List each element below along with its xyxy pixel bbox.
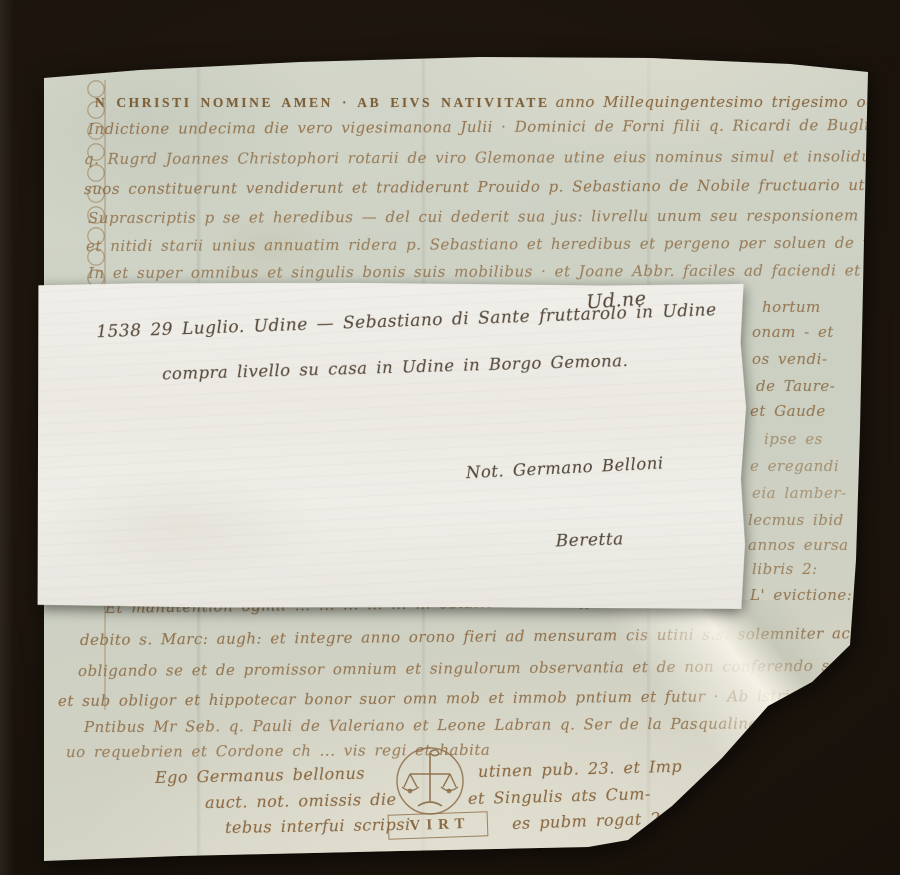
margin-fragment: de Taure- <box>756 377 835 395</box>
margin-fragment: L' evictione: <box>750 586 852 604</box>
notary-subscription: auct. not. omissis die <box>205 790 397 812</box>
heading-caps: N CHRISTI NOMINE AMEN · AB EIVS NATIVITA… <box>95 95 550 110</box>
manuscript-heading: N CHRISTI NOMINE AMEN · AB EIVS NATIVITA… <box>95 92 900 111</box>
margin-fragment: hortum <box>762 298 821 316</box>
slip-signature: Beretta <box>555 529 624 551</box>
margin-fragment: et Gaude <box>750 402 826 420</box>
slip-summary-line: compra livello su casa in Udine in Borgo… <box>162 351 629 383</box>
manuscript-line: Pntibus Mr Seb. q. Pauli de Valeriano et… <box>84 714 900 736</box>
archivist-slip: Ud.ne 1538 29 Luglio. Udine — Sebastiano… <box>38 282 747 609</box>
notary-subscription: et Singulis ats Cum- <box>468 784 651 808</box>
manuscript-line: q. Rugrd Joannes Christophori rotarii de… <box>84 147 900 168</box>
manuscript-photo: N CHRISTI NOMINE AMEN · AB EIVS NATIVITA… <box>0 0 900 875</box>
manuscript-line: In et super omnibus et singulis bonis su… <box>88 261 900 282</box>
parchment-fold <box>555 600 900 870</box>
manuscript-line: et sub obligor et hippotecar bonor suor … <box>58 686 900 710</box>
manuscript-line: uo requebrien et Cordone ch ... vis regi… <box>66 741 490 761</box>
notary-seal-motto: VIRT <box>388 811 489 839</box>
notary-subscription: es pubm rogat 2 <box>512 809 662 833</box>
manuscript-line: Suprascriptis p se et heredibus — del cu… <box>88 206 900 227</box>
heading-tail: anno Millequingentesimo trigesimo octauo… <box>556 93 900 111</box>
manuscript-line: debito s. Marc: augh: et integre anno or… <box>80 623 900 649</box>
slip-date-line: 1538 29 Luglio. Udine — Sebastiano di Sa… <box>96 300 717 342</box>
manuscript-line: suos constituerunt vendiderunt et tradid… <box>84 175 900 198</box>
archivist-slip-wrap: Ud.ne 1538 29 Luglio. Udine — Sebastiano… <box>38 282 747 609</box>
margin-fragment: os vendi- <box>752 350 827 368</box>
margin-fragment: annos eursa <box>748 536 849 554</box>
margin-fragment: onam - et <box>752 323 834 341</box>
notary-subscription: tebus interfui scripsi <box>225 815 411 837</box>
notary-subscription: Ego Germanus bellonus <box>155 764 365 787</box>
manuscript-line: et nitidi starii unius annuatim ridera p… <box>86 233 900 255</box>
notary-seal-scales-icon <box>390 744 470 818</box>
margin-fragment: ipse es <box>764 430 823 448</box>
margin-fragment: eia lamber- <box>752 484 847 502</box>
margin-fragment: e eregandi <box>750 457 839 475</box>
manuscript-line: obligando se et de promissor omnium et s… <box>78 656 900 680</box>
notary-subscription: utinen pub. 23. et Imp <box>478 757 683 781</box>
margin-fragment: libris 2: <box>752 560 818 578</box>
manuscript-line: Indictione undecima die vero vigesimanon… <box>88 115 900 138</box>
slip-notary-name: Not. Germano Belloni <box>465 453 664 482</box>
margin-fragment: lecmus ibid <box>748 511 844 529</box>
